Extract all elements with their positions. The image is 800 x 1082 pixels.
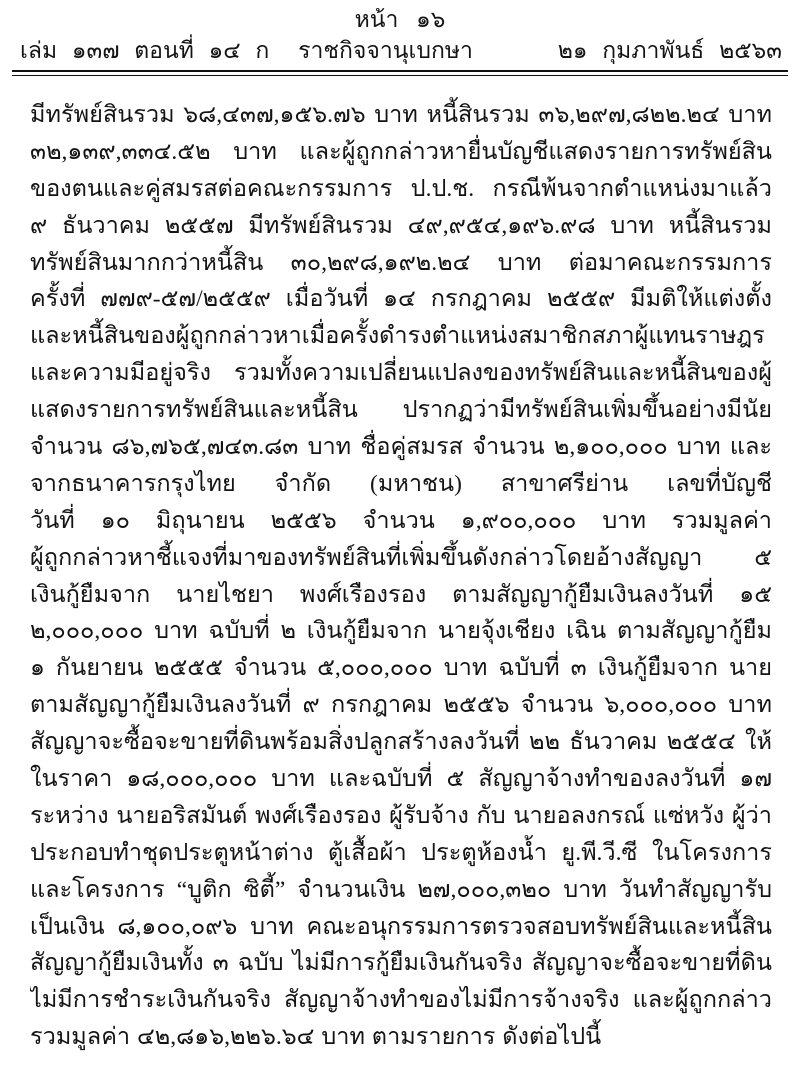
body-line: จากธนาคารกรุงไทย จำกัด (มหาชน) สาขาศรีย่… <box>30 466 772 503</box>
body-line: วันที่ ๑๐ มิถุนายน ๒๕๕๖ จำนวน ๑,๙๐๐,๐๐๐ … <box>30 503 772 540</box>
body-line: สัญญากู้ยืมเงินทั้ง ๓ ฉบับ ไม่มีการกู้ยื… <box>30 945 772 982</box>
body-line: ประกอบทำชุดประตูหน้าต่าง ตู้เสื้อผ้า ประ… <box>30 835 772 872</box>
body-line: ๒,๐๐๐,๐๐๐ บาท ฉบับที่ ๒ เงินกู้ยืมจาก นา… <box>30 613 772 650</box>
body-line: และโครงการ “บูติก ซิตี้” จำนวนเงิน ๒๗,๐๐… <box>30 872 772 909</box>
gazette-title: ราชกิจจานุเบกษา <box>298 37 473 65</box>
body-line: ระหว่าง นายอริสมันต์ พงศ์เรืองรอง ผู้รับ… <box>30 798 772 835</box>
body-line: แสดงรายการทรัพย์สินและหนี้สิน ปรากฏว่ามี… <box>30 392 772 429</box>
body-line: ไม่มีการชำระเงินกันจริง สัญญาจ้างทำของไม… <box>30 982 772 1019</box>
body-line: และความมีอยู่จริง รวมทั้งความเปลี่ยนแปลง… <box>30 355 772 392</box>
volume-issue-label: เล่ม ๑๓๗ ตอนที่ ๑๔ ก <box>20 37 269 65</box>
body-line: ๓๒,๑๓๙,๓๓๔.๕๒ บาท และผู้ถูกกล่าวหายื่นบั… <box>30 134 772 171</box>
body-line: ผู้ถูกกล่าวหาชี้แจงที่มาของทรัพย์สินที่เ… <box>30 540 772 577</box>
body-line: ๑ กันยายน ๒๕๕๕ จำนวน ๕,๐๐๐,๐๐๐ บาท ฉบับท… <box>30 650 772 687</box>
body-line: ในราคา ๑๘,๐๐๐,๐๐๐ บาท และฉบับที่ ๕ สัญญา… <box>30 761 772 798</box>
gazette-page: หน้า ๑๖ เล่ม ๑๓๗ ตอนที่ ๑๔ ก ราชกิจจานุเ… <box>0 0 800 1082</box>
page-header: หน้า ๑๖ เล่ม ๑๓๗ ตอนที่ ๑๔ ก ราชกิจจานุเ… <box>0 0 800 76</box>
body-line: และหนี้สินของผู้ถูกกล่าวหาเมื่อครั้งดำรง… <box>30 318 772 355</box>
page-number: หน้า ๑๖ <box>0 6 800 34</box>
body-line: ของตนและคู่สมรสต่อคณะกรรมการ ป.ป.ช. กรณี… <box>30 171 772 208</box>
body-line: มีทรัพย์สินรวม ๖๘,๔๓๗,๑๕๖.๗๖ บาท หนี้สิน… <box>30 97 772 134</box>
publication-date: ๒๑ กุมภาพันธ์ ๒๕๖๓ <box>558 37 782 65</box>
body-line: สัญญาจะซื้อจะขายที่ดินพร้อมสิ่งปลูกสร้าง… <box>30 724 772 761</box>
body-line: รวมมูลค่า ๔๒,๘๑๖,๒๒๖.๖๔ บาท ตามรายการ ดั… <box>30 1019 772 1056</box>
body-line: ตามสัญญากู้ยืมเงินลงวันที่ ๙ กรกฎาคม ๒๕๕… <box>30 687 772 724</box>
body-line: เงินกู้ยืมจาก นายไชยา พงศ์เรืองรอง ตามสั… <box>30 577 772 614</box>
body-line: ครั้งที่ ๗๗๙-๕๗/๒๕๕๙ เมื่อวันที่ ๑๔ กรกฎ… <box>30 281 772 318</box>
body-line: ๙ ธันวาคม ๒๕๕๗ มีทรัพย์สินรวม ๔๙,๙๕๔,๑๙๖… <box>30 208 772 245</box>
body-line: จำนวน ๘๖,๗๖๕,๗๔๓.๘๓ บาท ชื่อคู่สมรส จำนว… <box>30 429 772 466</box>
header-row: เล่ม ๑๓๗ ตอนที่ ๑๔ ก ราชกิจจานุเบกษา ๒๑ … <box>0 37 800 65</box>
body-line: เป็นเงิน ๘,๑๐๐,๐๙๖ บาท คณะอนุกรรมการตรวจ… <box>30 909 772 946</box>
body-line: ทรัพย์สินมากกว่าหนี้สิน ๓๐,๒๙๘,๑๙๒.๒๔ บา… <box>30 245 772 282</box>
document-body: มีทรัพย์สินรวม ๖๘,๔๓๗,๑๕๖.๗๖ บาท หนี้สิน… <box>0 76 800 1056</box>
